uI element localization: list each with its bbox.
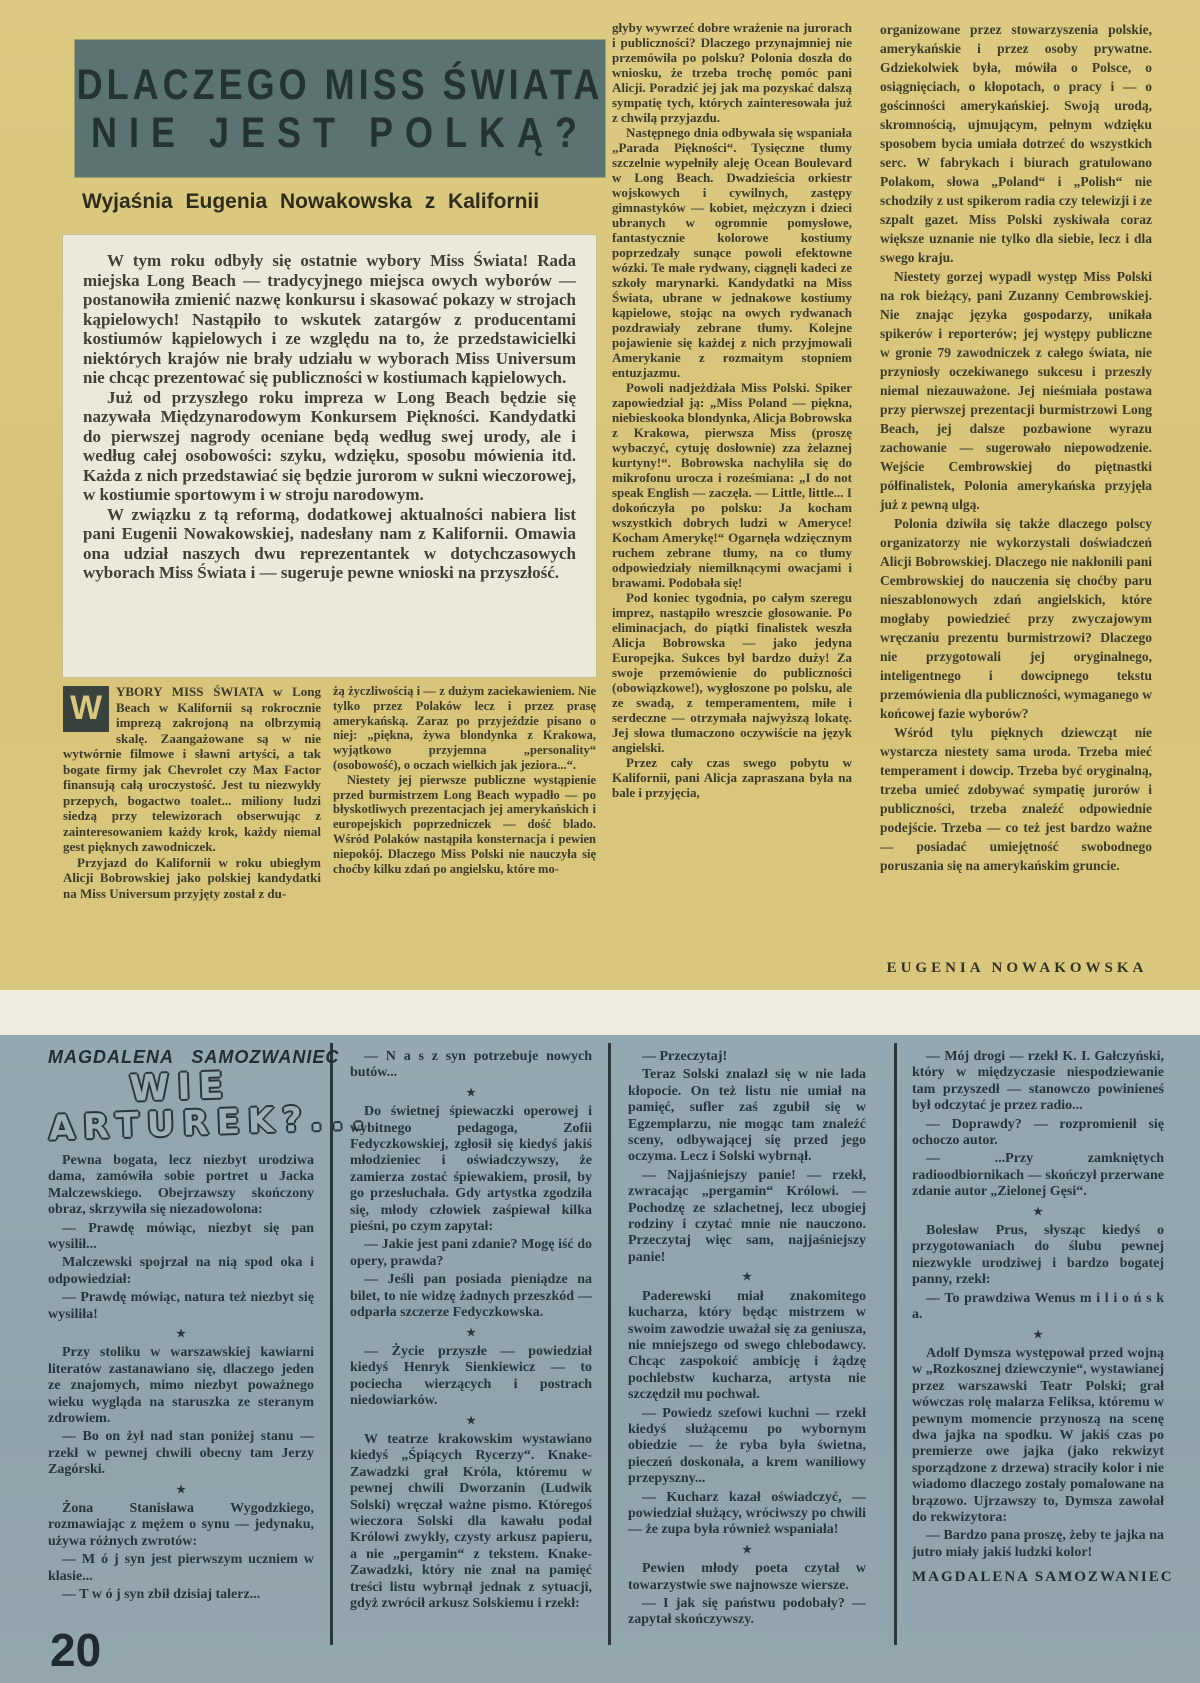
lead-paragraph: W związku z tą reformą, dodatkowej aktua…: [83, 505, 576, 583]
author-heading: MAGDALENA SAMOZWANIEC: [48, 1049, 314, 1065]
title-line-1: DLACZEGO MISS ŚWIATA: [77, 60, 604, 110]
article-wie-arturek: MAGDALENA SAMOZWANIEC WIE ARTUREK?... Pe…: [0, 1035, 1200, 1683]
article-title-banner: DLACZEGO MISS ŚWIATA NIE JEST POLKĄ?: [75, 40, 605, 177]
body-paragraph: Wśród tylu pięknych dziewcząt nie wystar…: [880, 723, 1152, 875]
body-paragraph: organizowane przez stowarzyszenia polski…: [880, 20, 1152, 267]
body-paragraph: Przyjazd do Kalifornii w roku ubiegłym A…: [63, 855, 321, 902]
anecdote-paragraph: — Przeczytaj!: [628, 1049, 866, 1065]
body-paragraph: głyby wywrzeć dobre wrażenie na jurorach…: [612, 20, 852, 125]
anecdote-paragraph: — Prawdę mówiąc, niezbyt się pan wysilił…: [48, 1221, 314, 1254]
star-separator: ★: [628, 1269, 866, 1285]
anecdote-paragraph: — Bo on żył nad stan poniżej stanu — rze…: [48, 1429, 314, 1478]
author-signature-nowakowska: EUGENIA NOWAKOWSKA: [878, 960, 1156, 977]
star-separator: ★: [350, 1085, 592, 1101]
magazine-page: DLACZEGO MISS ŚWIATA NIE JEST POLKĄ? Wyj…: [0, 0, 1200, 1683]
anecdote-paragraph: — Mój drogi — rzekł K. I. Gałczyński, kt…: [912, 1049, 1164, 1115]
star-separator: ★: [628, 1542, 866, 1558]
anecdote-paragraph: Malczewski spojrzał na nią spod oka i od…: [48, 1255, 314, 1288]
anecdote-paragraph: — Doprawdy? — rozpromienił się ochoczo a…: [912, 1117, 1164, 1150]
article-column-3: głyby wywrzeć dobre wrażenie na jurorach…: [612, 20, 852, 940]
humor-column-1: MAGDALENA SAMOZWANIEC WIE ARTUREK?... Pe…: [48, 1049, 314, 1605]
anecdote-paragraph: — Powiedz szefowi kuchni — rzekł kiedyś …: [628, 1406, 866, 1488]
humor-column-4: — Mój drogi — rzekł K. I. Gałczyński, kt…: [912, 1049, 1164, 1588]
title-line-2: NIE JEST POLKĄ?: [91, 108, 589, 158]
anecdote-paragraph: Pewien młody poeta czytał w towarzystwie…: [628, 1561, 866, 1594]
body-paragraph: Następnego dnia odbywała się wspaniała „…: [612, 125, 852, 380]
anecdote-paragraph: — I jak się państwu podobały? — zapytał …: [628, 1596, 866, 1629]
anecdote-paragraph: Paderewski miał znakomitego kucharza, kt…: [628, 1289, 866, 1404]
body-paragraph: Przez cały czas swego pobytu w Kaliforni…: [612, 755, 852, 800]
anecdote-paragraph: — Jakie jest pani zdanie? Mogę iść do op…: [350, 1237, 592, 1270]
anecdote-paragraph: — Życie przyszłe — powiedział kiedyś Hen…: [350, 1344, 592, 1410]
star-separator: ★: [912, 1204, 1164, 1220]
article-column-4: organizowane przez stowarzyszenia polski…: [880, 20, 1152, 875]
page-number: 20: [50, 1623, 101, 1677]
anecdote-paragraph: — Bardzo pana proszę, żeby te jajka na j…: [912, 1528, 1164, 1561]
humor-title: WIE ARTUREK?...: [47, 1065, 315, 1148]
humor-title-line-2: ARTUREK?...: [48, 1103, 315, 1148]
article-lead-box: W tym roku odbyły się ostatnie wybory Mi…: [63, 235, 596, 677]
body-paragraph: Niestety gorzej wypadł występ Miss Polsk…: [880, 267, 1152, 514]
anecdote-paragraph: Pewna bogata, lecz niezbyt urodziwa dama…: [48, 1153, 314, 1219]
body-paragraph: Polonia dziwiła się także dlaczego polsc…: [880, 514, 1152, 723]
column-rule: [894, 1043, 897, 1645]
anecdote-paragraph: Przy stoliku w warszawskiej kawiarni lit…: [48, 1345, 314, 1427]
star-separator: ★: [350, 1413, 592, 1429]
body-paragraph: Powoli nadjeżdżała Miss Polski. Spiker z…: [612, 380, 852, 590]
column-rule: [608, 1043, 611, 1645]
anecdote-paragraph: Do świetnej śpiewaczki operowej i wybitn…: [350, 1104, 592, 1235]
anecdote-paragraph: Bolesław Prus, słysząc kiedyś o przygoto…: [912, 1223, 1164, 1289]
article-miss-swiata: DLACZEGO MISS ŚWIATA NIE JEST POLKĄ? Wyj…: [0, 0, 1200, 990]
humor-column-2: — N a s z syn potrzebuje nowych butów...…: [350, 1049, 592, 1614]
dropcap-letter: W: [63, 686, 109, 732]
anecdote-paragraph: Żona Stanisława Wygodzkiego, rozmawiając…: [48, 1501, 314, 1550]
star-separator: ★: [48, 1482, 314, 1498]
anecdote-paragraph: — Kucharz kazał oświadczyć, — powiedział…: [628, 1490, 866, 1539]
body-paragraph: Pod koniec tygodnia, po całym szeregu im…: [612, 590, 852, 755]
anecdote-paragraph: — ...Przy zamkniętych radioodbiornikach …: [912, 1151, 1164, 1200]
author-signature-samozwaniec: MAGDALENA SAMOZWANIEC: [912, 1569, 1164, 1585]
anecdote-paragraph: — T w ó j syn zbił dzisiaj talerz...: [48, 1587, 314, 1603]
article-subtitle: Wyjaśnia Eugenia Nowakowska z Kalifornii: [82, 190, 602, 214]
anecdote-paragraph: — Najjaśniejszy panie! — rzekł, zwracają…: [628, 1168, 866, 1266]
anecdote-paragraph: — N a s z syn potrzebuje nowych butów...: [350, 1049, 592, 1082]
anecdote-paragraph: — M ó j syn jest pierwszym uczniem w kla…: [48, 1552, 314, 1585]
anecdote-paragraph: — Prawdę mówiąc, natura też niezbyt się …: [48, 1290, 314, 1323]
anecdote-paragraph: Teraz Solski znalazł się w nie lada kłop…: [628, 1067, 866, 1165]
section-divider-band: [0, 990, 1200, 1035]
article-column-1: WYBORY MISS ŚWIATA w Long Beach w Kalifo…: [63, 684, 321, 901]
star-separator: ★: [912, 1327, 1164, 1343]
anecdote-paragraph: — To prawdziwa Wenus m i l i o ń s k a.: [912, 1291, 1164, 1324]
star-separator: ★: [48, 1326, 314, 1342]
lead-paragraph: Już od przyszłego roku impreza w Long Be…: [83, 388, 576, 505]
body-paragraph: Niestety jej pierwsze publiczne wystąpie…: [333, 773, 596, 877]
anecdote-paragraph: Adolf Dymsza występował przed wojną w „R…: [912, 1346, 1164, 1526]
star-separator: ★: [350, 1325, 592, 1341]
humor-column-3: — Przeczytaj! Teraz Solski znalazł się w…: [628, 1049, 866, 1631]
body-paragraph: żą życzliwością i — z dużym zaciekawieni…: [333, 684, 596, 773]
anecdote-paragraph: — Jeśli pan posiada pieniądze na bilet, …: [350, 1272, 592, 1321]
lead-paragraph: W tym roku odbyły się ostatnie wybory Mi…: [83, 251, 576, 388]
article-column-2: żą życzliwością i — z dużym zaciekawieni…: [333, 684, 596, 876]
body-paragraph: WYBORY MISS ŚWIATA w Long Beach w Kalifo…: [63, 684, 321, 855]
anecdote-paragraph: W teatrze krakowskim wystawiano kiedyś „…: [350, 1432, 592, 1612]
